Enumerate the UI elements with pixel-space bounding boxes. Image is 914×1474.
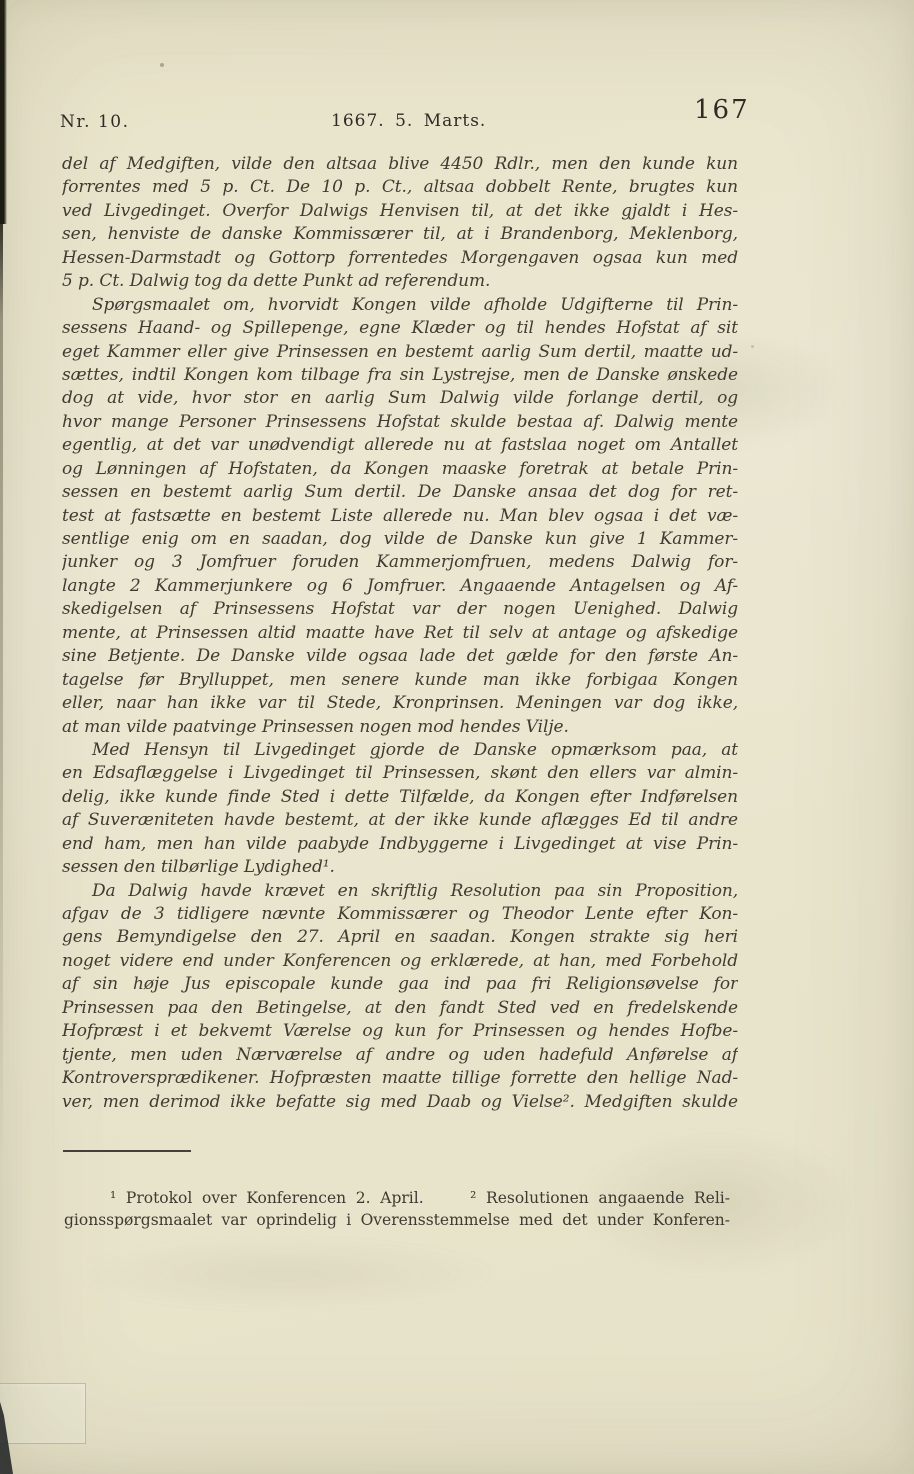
text-line: Da Dalwig havde krævet en skriftlig Reso… — [62, 880, 738, 903]
text-line: noget videre end under Konferencen og er… — [62, 950, 738, 973]
footnote-line: gionsspørgsmaalet var oprindelig i Overe… — [64, 1210, 730, 1232]
page-number: 167 — [694, 95, 750, 125]
text-line: og Lønningen af Hofstaten, da Kongen maa… — [62, 458, 738, 481]
text-line: delig, ikke kunde finde Sted i dette Til… — [62, 786, 738, 809]
text-line: junker og 3 Jomfruer foruden Kammerjomfr… — [62, 551, 738, 574]
text-line: test at fastsætte en bestemt Liste aller… — [62, 505, 738, 528]
text-line: sentlige enig om en saadan, dog vilde de… — [62, 528, 738, 551]
text-line: tjente, men uden Nærværelse af andre og … — [62, 1044, 738, 1067]
text-line: gens Bemyndigelse den 27. April en saada… — [62, 926, 738, 949]
text-line: eget Kammer eller give Prinsessen en bes… — [62, 341, 738, 364]
document-number: Nr. 10. — [60, 112, 129, 132]
scan-edge-artifact-left — [0, 0, 3, 1200]
paper-speck — [751, 345, 754, 348]
footnote-separator-rule — [63, 1150, 191, 1152]
text-line: Hessen-Darmstadt og Gottorp forrentedes … — [62, 247, 738, 270]
paper-speck — [160, 63, 164, 67]
footnote-line: ¹ Protokol over Konferencen 2. April. ² … — [64, 1188, 730, 1210]
text-line: sættes, indtil Kongen kom tilbage fra si… — [62, 364, 738, 387]
text-line: eller, naar han ikke var til Stede, Kron… — [62, 692, 738, 715]
page-showthrough-smudge — [70, 1238, 500, 1310]
body-text: del af Medgiften, vilde den altsaa blive… — [62, 153, 738, 1114]
text-line: sessen den tilbørlige Lydighed¹. — [62, 856, 738, 879]
text-line: tagelse før Brylluppet, men senere kunde… — [62, 669, 738, 692]
footnotes: ¹ Protokol over Konferencen 2. April. ² … — [64, 1188, 730, 1231]
text-line: ver, men derimod ikke befatte sig med Da… — [62, 1091, 738, 1114]
text-line: af sin høje Jus episcopale kunde gaa ind… — [62, 973, 738, 996]
text-line: mente, at Prinsessen altid maatte have R… — [62, 622, 738, 645]
text-line: del af Medgiften, vilde den altsaa blive… — [62, 153, 738, 176]
text-line: egentlig, at det var unødvendigt allered… — [62, 434, 738, 457]
text-line: Spørgsmaalet om, hvorvidt Kongen vilde a… — [62, 294, 738, 317]
text-line: at man vilde paatvinge Prinsessen nogen … — [62, 716, 738, 739]
text-line: end ham, men han vilde paabyde Indbygger… — [62, 833, 738, 856]
date-heading: 1667. 5. Marts. — [331, 111, 486, 131]
text-line: dog at vide, hvor stor en aarlig Sum Dal… — [62, 387, 738, 410]
bookplate-rectangle — [0, 1383, 86, 1444]
book-page-scan: Nr. 10. 1667. 5. Marts. 167 del af Medgi… — [0, 0, 914, 1474]
text-line: ved Livgedinget. Overfor Dalwigs Henvise… — [62, 200, 738, 223]
text-line: sessens Haand- og Spillepenge, egne Klæd… — [62, 317, 738, 340]
text-line: skedigelsen af Prinsessens Hofstat var d… — [62, 598, 738, 621]
text-line: Prinsessen paa den Betingelse, at den fa… — [62, 997, 738, 1020]
text-line: Hofpræst i et bekvemt Værelse og kun for… — [62, 1020, 738, 1043]
text-line: Kontroversprædikener. Hofpræsten maatte … — [62, 1067, 738, 1090]
text-line: hvor mange Personer Prinsessens Hofstat … — [62, 411, 738, 434]
text-line: langte 2 Kammerjunkere og 6 Jomfruer. An… — [62, 575, 738, 598]
text-line: 5 p. Ct. Dalwig tog da dette Punkt ad re… — [62, 270, 738, 293]
text-line: sen, henviste de danske Kommissærer til,… — [62, 223, 738, 246]
text-line: Med Hensyn til Livgedinget gjorde de Dan… — [62, 739, 738, 762]
text-line: forrentes med 5 p. Ct. De 10 p. Ct., alt… — [62, 176, 738, 199]
text-line: sessen en bestemt aarlig Sum dertil. De … — [62, 481, 738, 504]
text-line: af Suveræniteten havde bestemt, at der i… — [62, 809, 738, 832]
text-line: sine Betjente. De Danske vilde ogsaa lad… — [62, 645, 738, 668]
text-line: en Edsaflæggelse i Livgedinget til Prins… — [62, 762, 738, 785]
text-line: afgav de 3 tidligere nævnte Kommissærer … — [62, 903, 738, 926]
